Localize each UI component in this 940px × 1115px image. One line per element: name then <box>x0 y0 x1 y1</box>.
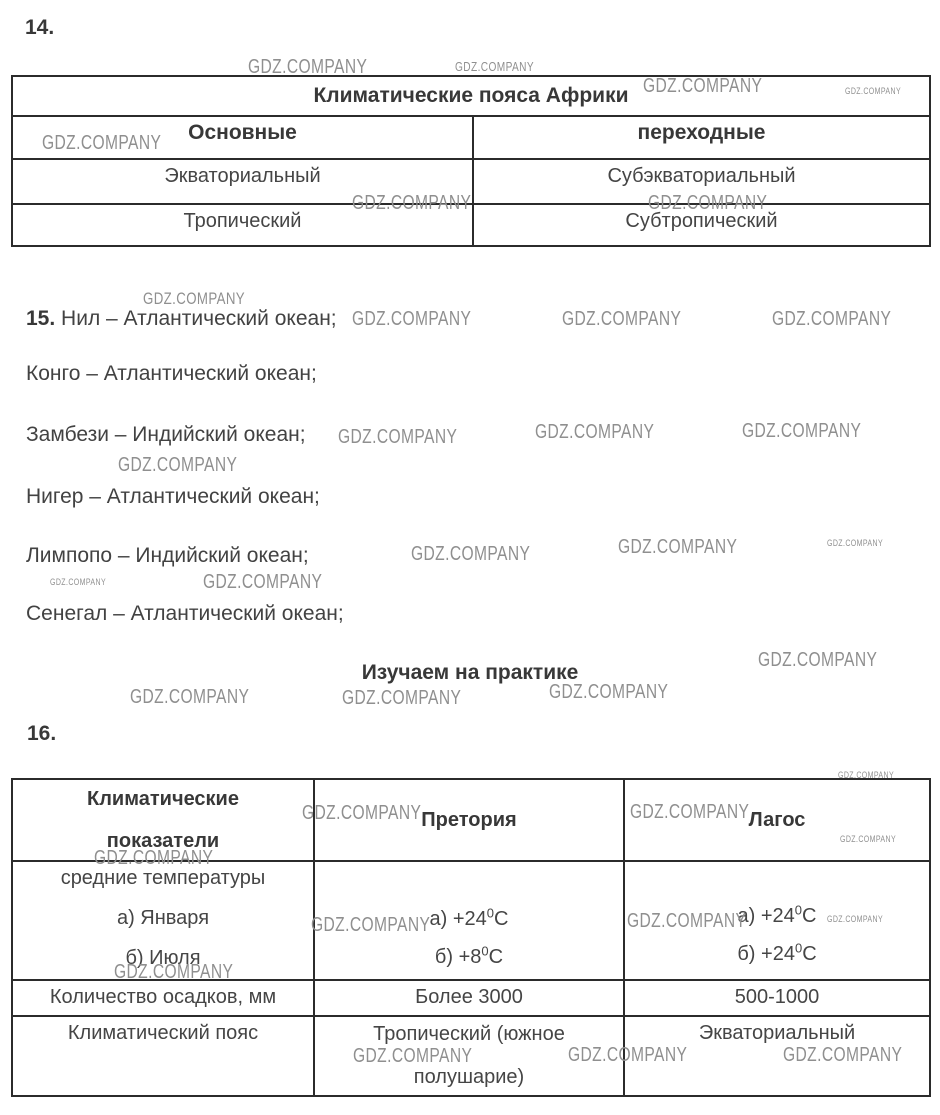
answer-line-limpopo: Лимпопо – Индийский океан; <box>26 543 309 569</box>
answer-line-niger: Нигер – Атлантический океан; <box>26 484 320 510</box>
watermark: GDZ.COMPANY <box>838 771 894 780</box>
watermark: GDZ.COMPANY <box>411 544 530 564</box>
watermark: GDZ.COMPANY <box>648 193 767 213</box>
watermark: GDZ.COMPANY <box>827 539 883 548</box>
watermark: GDZ.COMPANY <box>618 537 737 557</box>
answer-line-nile: 15. Нил – Атлантический океан; <box>26 306 337 332</box>
watermark: GDZ.COMPANY <box>535 422 654 442</box>
col-header-transitional: переходные <box>472 117 929 158</box>
watermark: GDZ.COMPANY <box>94 848 213 868</box>
temp-value: б) +240С <box>625 942 929 966</box>
watermark: GDZ.COMPANY <box>772 309 891 329</box>
watermark: GDZ.COMPANY <box>338 427 457 447</box>
temp-value: б) +80С <box>315 945 623 969</box>
document-page: 14. Климатические пояса Африки Основные … <box>0 0 940 1115</box>
watermark: GDZ.COMPANY <box>130 687 249 707</box>
watermark: GDZ.COMPANY <box>311 915 430 935</box>
watermark: GDZ.COMPANY <box>143 290 245 307</box>
watermark: GDZ.COMPANY <box>783 1045 902 1065</box>
watermark: GDZ.COMPANY <box>42 133 161 153</box>
watermark: GDZ.COMPANY <box>758 650 877 670</box>
watermark: GDZ.COMPANY <box>352 309 471 329</box>
watermark: GDZ.COMPANY <box>302 803 421 823</box>
watermark: GDZ.COMPANY <box>455 60 534 73</box>
watermark: GDZ.COMPANY <box>353 1046 472 1066</box>
watermark: GDZ.COMPANY <box>342 688 461 708</box>
belt-label-cell: Климатический пояс <box>13 1015 313 1095</box>
watermark: GDZ.COMPANY <box>203 572 322 592</box>
precip-pretoria-cell: Более 3000 <box>313 979 623 1015</box>
question-15-number: 15. <box>26 307 55 330</box>
watermark: GDZ.COMPANY <box>248 57 367 77</box>
watermark: GDZ.COMPANY <box>643 76 762 96</box>
watermark: GDZ.COMPANY <box>827 915 883 924</box>
watermark: GDZ.COMPANY <box>50 578 106 587</box>
watermark: GDZ.COMPANY <box>627 911 746 931</box>
answer-line-zambezi: Замбези – Индийский океан; <box>26 422 306 448</box>
precip-lagos-cell: 500-1000 <box>623 979 929 1015</box>
watermark: GDZ.COMPANY <box>742 421 861 441</box>
watermark: GDZ.COMPANY <box>562 309 681 329</box>
watermark: GDZ.COMPANY <box>549 682 668 702</box>
question-14-number: 14. <box>25 16 54 40</box>
watermark: GDZ.COMPANY <box>630 802 749 822</box>
question-16-number: 16. <box>27 722 56 746</box>
climate-zones-table: Климатические пояса Африки Основные пере… <box>11 75 931 247</box>
climate-zones-table-title: Климатические пояса Африки <box>13 77 929 115</box>
watermark: GDZ.COMPANY <box>845 87 901 96</box>
answer-line-congo: Конго – Атлантический океан; <box>26 361 317 387</box>
precip-label-cell: Количество осадков, мм <box>13 979 313 1015</box>
watermark: GDZ.COMPANY <box>568 1045 687 1065</box>
watermark: GDZ.COMPANY <box>118 455 237 475</box>
watermark: GDZ.COMPANY <box>114 962 233 982</box>
watermark: GDZ.COMPANY <box>352 193 471 213</box>
answer-line-senegal: Сенегал – Атлантический океан; <box>26 601 344 627</box>
watermark: GDZ.COMPANY <box>840 835 896 844</box>
